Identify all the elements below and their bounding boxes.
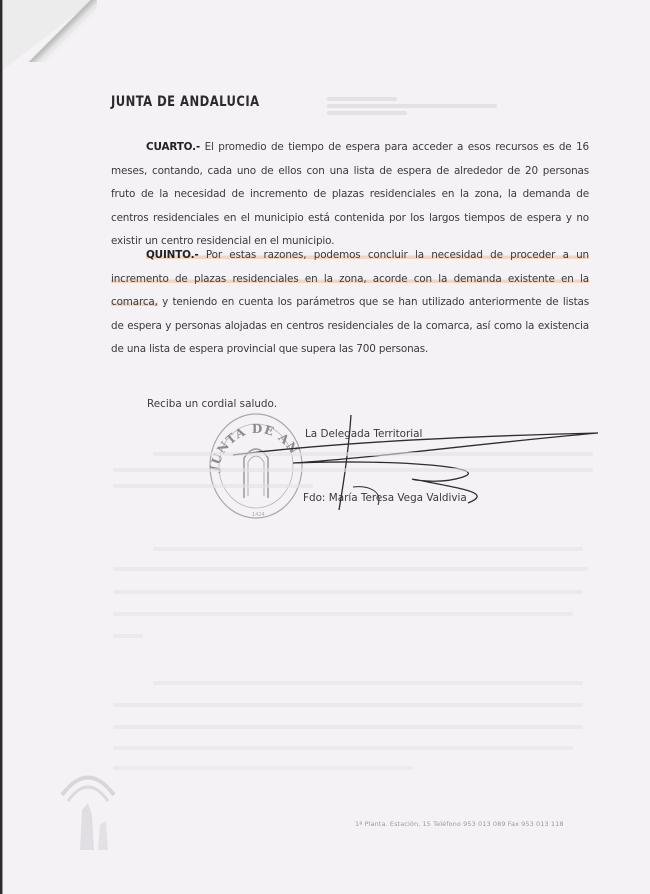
ghost-text — [113, 484, 313, 488]
scanned-page: JUNTA DE ANDALUCIA CUARTO.- El promedio … — [2, 0, 650, 894]
ghost-text — [153, 547, 583, 551]
closing-salutation: Reciba un cordial saludo. — [147, 398, 277, 410]
paragraph-lead: QUINTO.- — [146, 249, 199, 261]
ghost-text — [153, 681, 583, 685]
ghost-text — [113, 612, 573, 616]
ghost-text — [327, 111, 407, 115]
letterhead-title: JUNTA DE ANDALUCIA — [111, 94, 260, 110]
fold-shadow — [25, 0, 97, 62]
ghost-text — [113, 634, 143, 638]
ghost-text — [113, 725, 583, 729]
ghost-text — [113, 703, 583, 707]
ghost-text — [113, 567, 588, 571]
footer-address: 1ª Planta. Estación, 15 Teléfono 953 013… — [355, 820, 564, 828]
paragraph-quinto: QUINTO.- Por estas razones, podemos conc… — [111, 244, 589, 362]
paragraph-lead: CUARTO.- — [146, 141, 200, 153]
ghost-text — [113, 746, 573, 750]
paragraph-text: y teniendo en cuenta los parámetros que … — [111, 296, 589, 355]
ghost-text — [113, 590, 583, 594]
paragraph-text: El promedio de tiempo de espera para acc… — [111, 141, 589, 247]
handwritten-signature — [233, 415, 603, 515]
junta-logo-watermark — [58, 755, 118, 855]
ghost-text — [327, 97, 397, 101]
ghost-text — [113, 766, 413, 770]
ghost-text — [327, 104, 497, 108]
ghost-text — [113, 468, 593, 472]
paragraph-cuarto: CUARTO.- El promedio de tiempo de espera… — [111, 136, 589, 254]
ghost-text — [153, 452, 593, 456]
